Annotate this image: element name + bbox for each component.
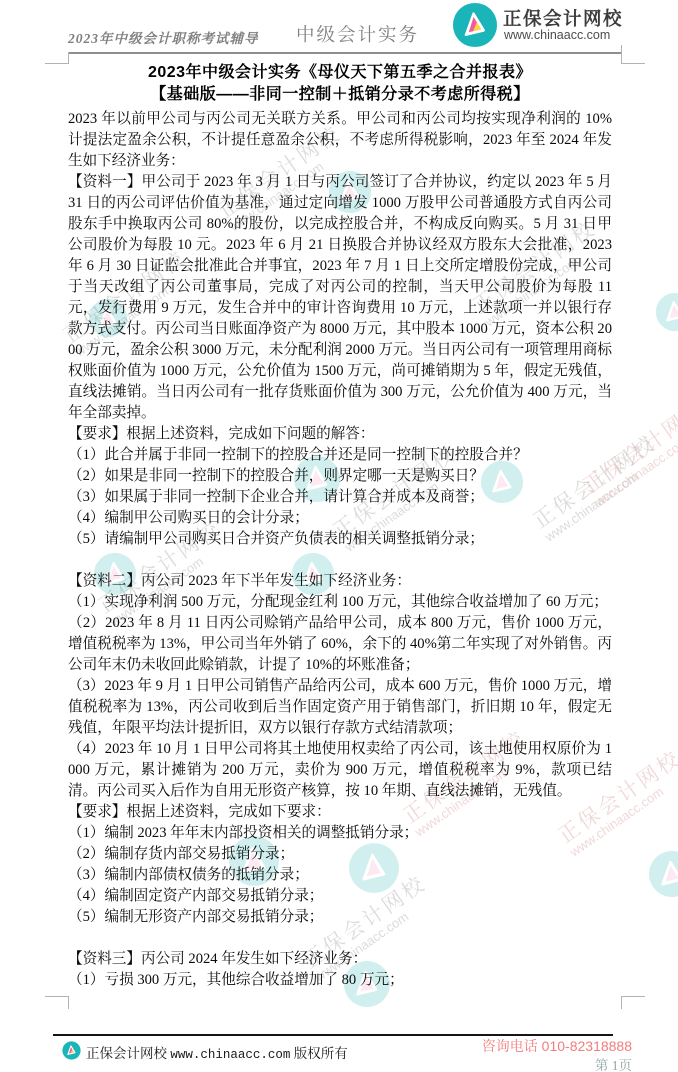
document-title-line2: 【基础版——非同一控制＋抵销分录不考虑所得税】 [68,84,612,106]
paragraph: （1）亏损 300 万元，其他综合收益增加了 80 万元； [68,970,612,990]
paragraph: （1）此合并属于非同一控制下的控股合并还是同一控制下的控股合并？ [68,445,612,466]
blank-line [68,928,612,949]
crop-mark-bottom-right-h [622,996,645,997]
paragraph: 【资料一】甲公司于 2023 年 3 月 1 日与丙公司签订了合并协议，约定以 … [68,172,612,424]
brand-url: www.chinaacc.com [504,28,610,42]
footer-brand-url: www.chinaacc.com [170,1048,290,1062]
footer-copyright-label: 版权所有 [294,1046,348,1061]
paragraph: （4）编制固定资产内部交易抵销分录； [68,886,612,907]
paragraph: 【资料三】丙公司 2024 年发生如下经济业务： [68,949,612,970]
crop-mark-bottom-right-v [621,996,622,1009]
header-rule [68,52,622,54]
paragraph: 【要求】根据上述资料，完成如下问题的解答： [68,424,612,445]
paragraph: （1）编制 2023 年年末内部投资相关的调整抵销分录； [68,823,612,844]
paragraph: 【要求】根据上述资料，完成如下要求： [68,802,612,823]
paragraph: 2023 年以前甲公司与丙公司无关联方关系。甲公司和丙公司均按实现净利润的 10… [68,109,612,172]
paragraph: （1）实现净利润 500 万元，分配现金红利 100 万元，其他综合收益增加了 … [68,592,612,613]
document-title-line1: 2023年中级会计实务《母仪天下第五季之合并报表》 [68,62,612,84]
header-course-label: 2023年中级会计职称考试辅导 [68,27,259,47]
paragraph: （3）如果属于非同一控制下企业合并，请计算合并成本及商誉； [68,487,612,508]
crop-mark-top-left-h [45,63,69,64]
zhengbao-brand-icon [452,2,498,48]
paragraph: （5）请编制甲公司购买日合并资产负债表的相关调整抵销分录； [68,529,612,550]
document-page: { "header": { "course_label": "2023年中级会计… [0,0,678,1072]
paragraph: 【资料二】丙公司 2023 年下半年发生如下经济业务： [68,571,612,592]
watermark-logo-icon [655,292,678,337]
paragraph: （2）如果是非同一控制下的控股合并，则界定哪一天是购买日？ [68,466,612,487]
paragraph: （4）2023 年 10 月 1 日甲公司将其土地使用权卖给了丙公司，该土地使用… [68,739,612,802]
footer-copyright: 正保会计网校 www.chinaacc.com 版权所有 [86,1042,348,1062]
blank-line [68,550,612,571]
watermark-logo-icon [648,850,678,903]
header-subject-label: 中级会计实务 [296,21,419,47]
paragraph: （2）编制存货内部交易抵销分录； [68,844,612,865]
crop-mark-bottom-left-v [68,996,69,1009]
zhengbao-footer-icon [62,1041,81,1060]
paragraph: （2）2023 年 8 月 11 日丙公司赊销产品给甲公司，成本 800 万元，… [68,613,612,676]
document-body: 2023年中级会计实务《母仪天下第五季之合并报表》 【基础版——非同一控制＋抵销… [68,62,612,990]
footer-phone: 咨询电话 010-82318888 [482,1036,632,1056]
footer-page-number: 第 1页 [595,1054,632,1072]
crop-mark-top-right-v [621,45,622,64]
crop-mark-bottom-left-h [45,996,68,997]
paragraph-list: 2023 年以前甲公司与丙公司无关联方关系。甲公司和丙公司均按实现净利润的 10… [68,109,612,990]
footer-brand-name: 正保会计网校 [86,1046,167,1061]
paragraph: （4）编制甲公司购买日的会计分录； [68,508,612,529]
crop-mark-top-right-h [622,63,645,64]
paragraph: （3）编制内部债权债务的抵销分录； [68,865,612,886]
paragraph: （3）2023 年 9 月 1 日甲公司销售产品给丙公司，成本 600 万元，售… [68,676,612,739]
paragraph: （5）编制无形资产内部交易抵销分录； [68,907,612,928]
